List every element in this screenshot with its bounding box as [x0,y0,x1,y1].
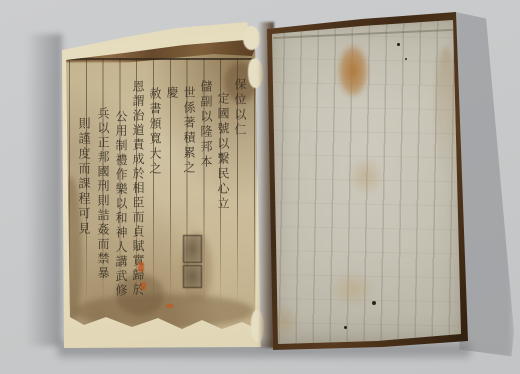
text-column-9: 兵以正邦國刑則詰姦而禁暴 [95,107,112,281]
photo-of-antique-book: 保位以仁 定國號以繫民心立 儲副以隆邦本 世係著積累之 慶 赦書頒寬大之 恩謂治… [0,0,520,374]
stain-faint [347,155,385,197]
text-column-1: 保位以仁 [232,78,249,138]
ink-speck [372,301,376,305]
vermilion-mark [166,304,173,308]
stain-large [338,45,368,97]
vermilion-mark [138,262,144,272]
text-column-5: 慶 [164,86,181,101]
text-column-6: 赦書頒寬大之 [147,87,164,177]
right-page-blank-cover [267,13,467,347]
text-column-3: 儲副以隆邦本 [198,80,215,170]
ink-speck [344,326,347,329]
collector-seal-icon [183,235,202,263]
cast-shadow-left [26,34,62,346]
left-page-printed-sheet: 保位以仁 定國號以繫民心立 儲副以隆邦本 世係著積累之 慶 赦書頒寬大之 恩謂治… [64,36,260,336]
text-column-10: 則謹度而課程可見 [76,117,93,237]
ink-speck [405,58,407,60]
stain-faint [329,271,375,307]
text-column-2: 定國號以繫民心立 [215,92,232,212]
stain-edge-streak [435,47,457,177]
vermilion-mark [141,282,146,290]
text-column-4: 世係著積累之 [181,86,198,176]
collector-seal-icon [183,265,202,288]
top-frame-line [68,58,256,60]
text-column-8: 公用制禮作樂以和神人講武修 [113,110,130,299]
ink-speck [397,43,400,46]
